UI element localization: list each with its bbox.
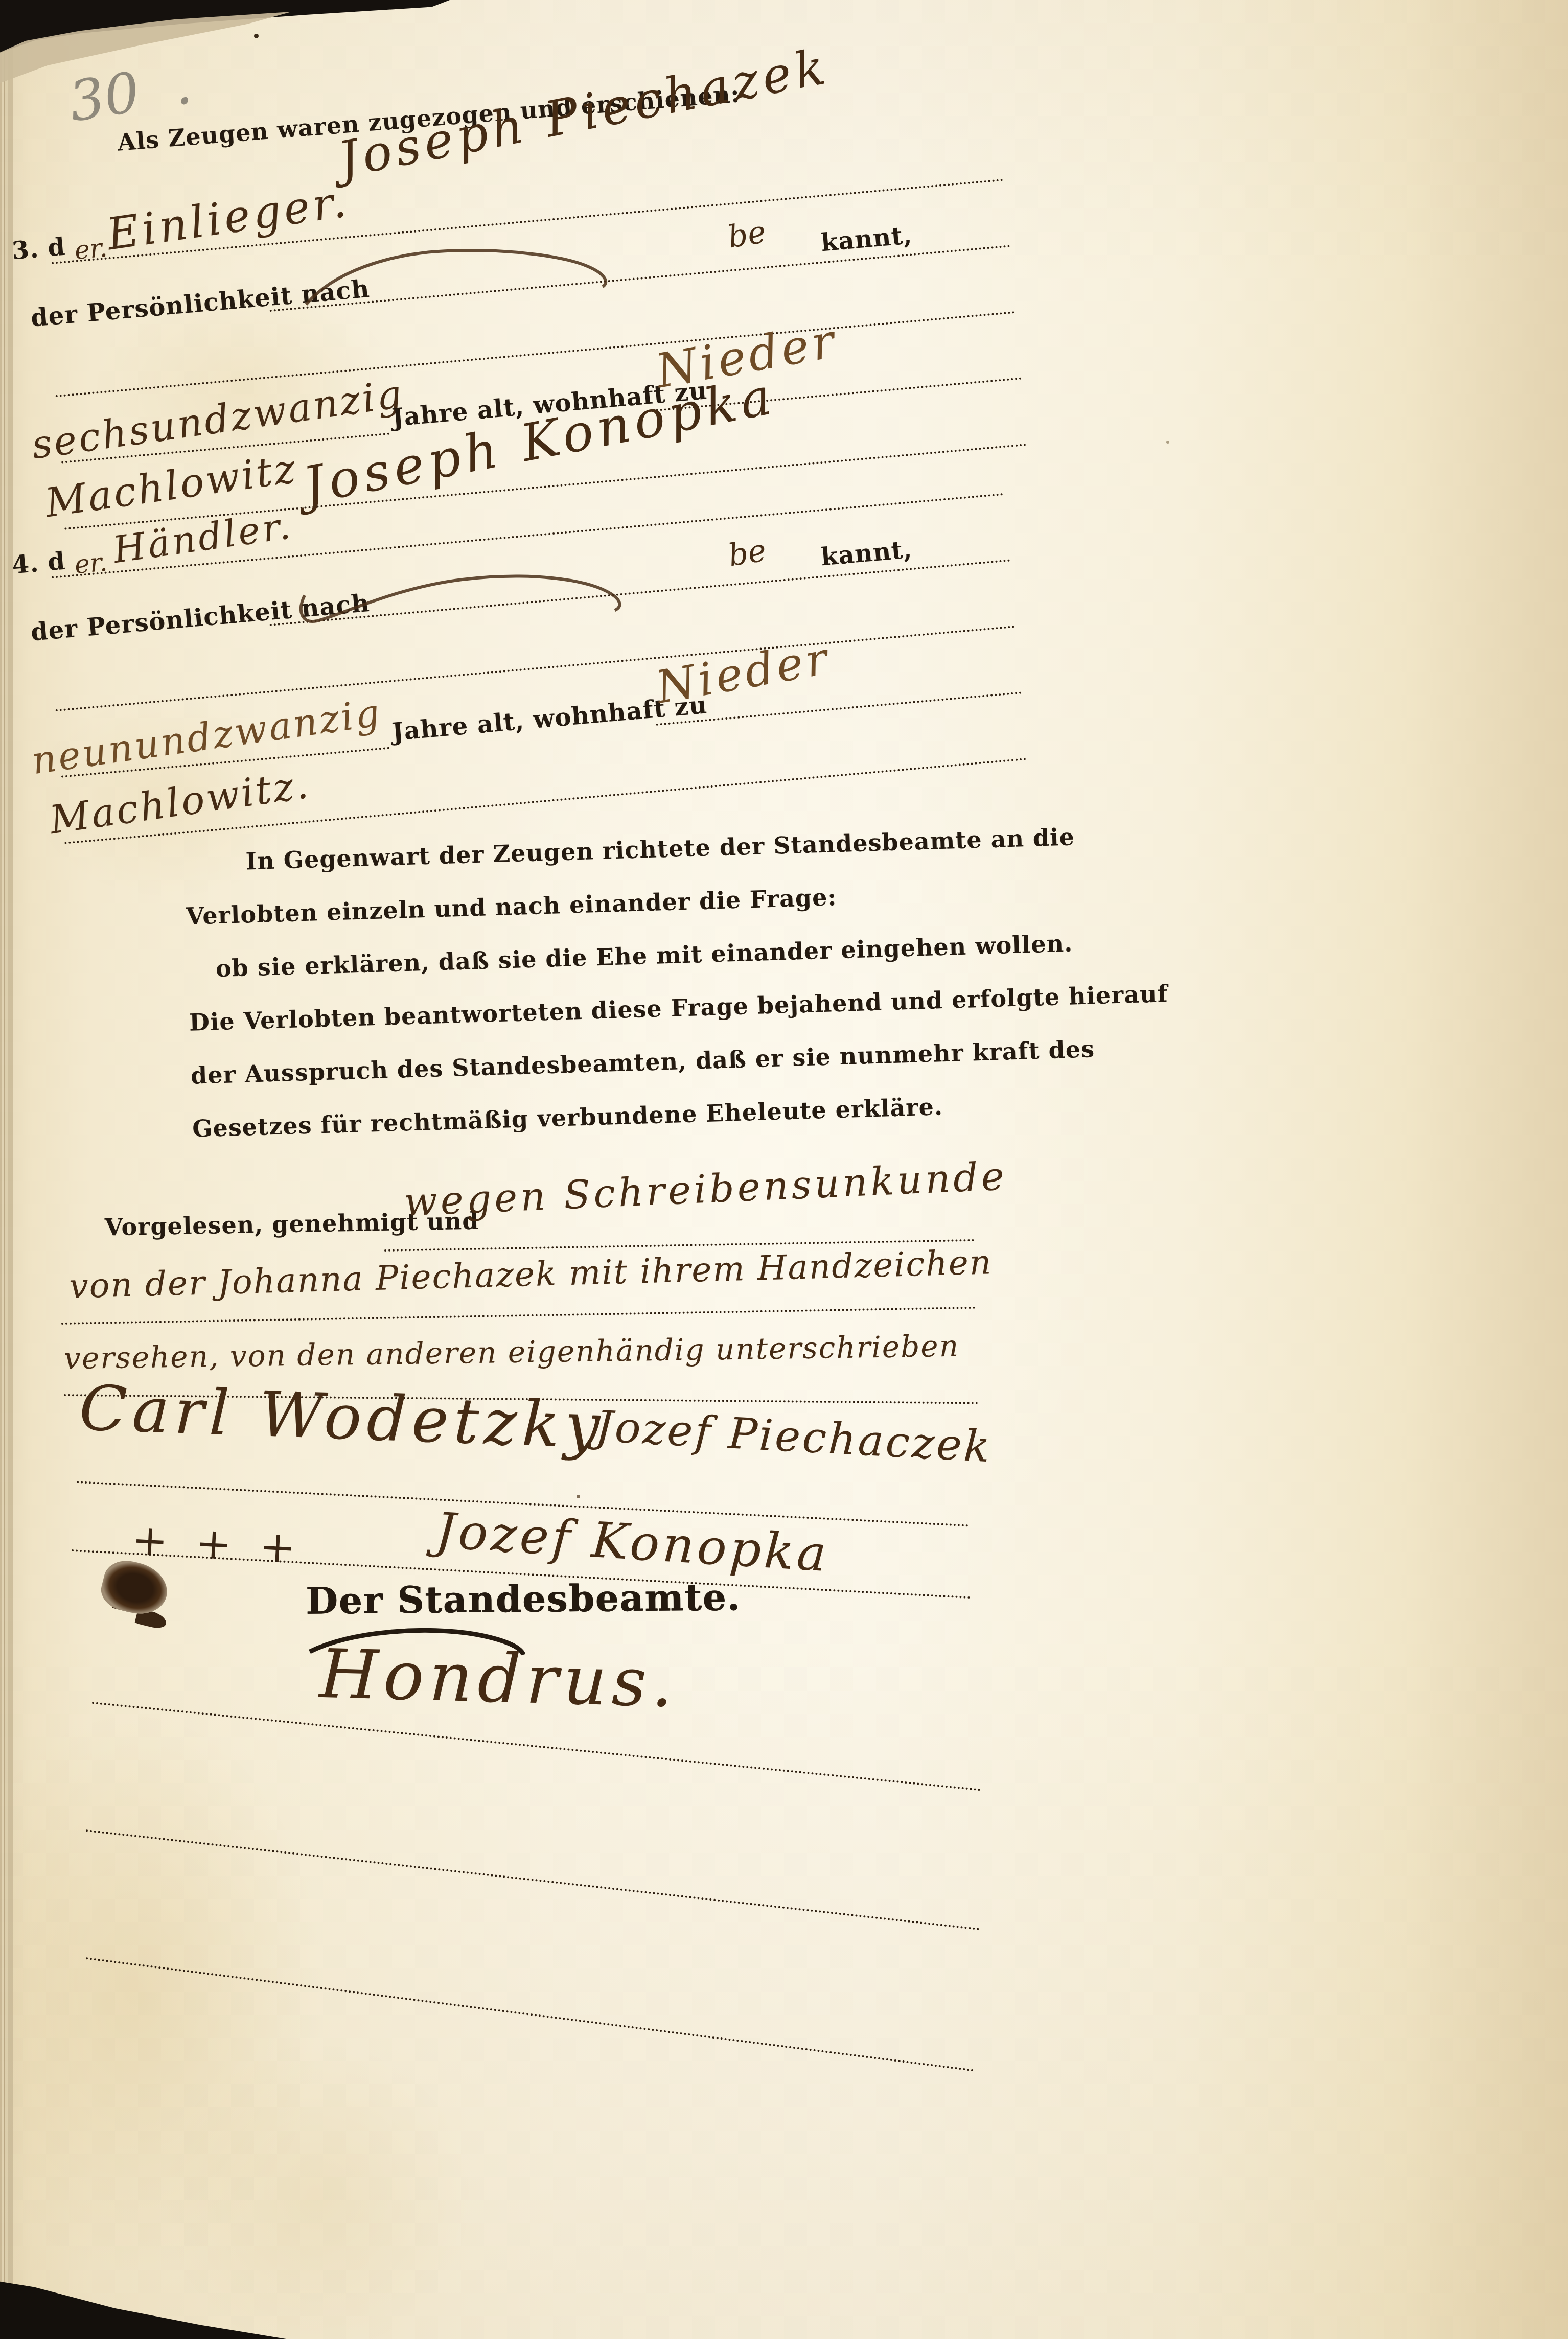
- witness3-hw-be: be: [725, 214, 768, 256]
- ink-speck: [254, 34, 259, 38]
- ink-speck: [1166, 441, 1169, 444]
- witness3-number: 3.: [11, 235, 40, 265]
- witness3-printed-d: d: [47, 233, 66, 263]
- witness4-printed-d: d: [47, 547, 66, 577]
- registrar-label: Der Standesbeamte.: [306, 1575, 741, 1622]
- witness4-number: 4.: [11, 549, 40, 580]
- witness4-hw-be: be: [726, 532, 769, 574]
- witness4-hw-er: er.: [74, 547, 109, 579]
- witness3-hw-er: er.: [74, 233, 109, 265]
- book-page-edges-left: [0, 20, 13, 2300]
- signature-handmarks: + + +: [131, 1514, 304, 1573]
- ink-speck: [577, 1495, 580, 1498]
- registrar-signature: Hondrus.: [318, 1635, 679, 1723]
- pencil-folio-value: 30: [65, 60, 144, 134]
